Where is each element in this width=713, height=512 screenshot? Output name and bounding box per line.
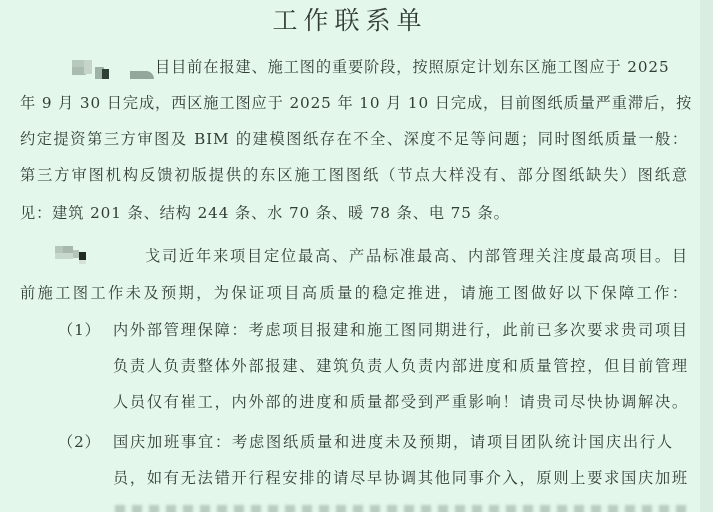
item-1-line-1: 内外部管理保障：考虑项目报建和施工图同期进行，此前已多次要求贵司项目	[113, 320, 688, 340]
paragraph-1-line-4: 第三方审图机构反馈初版提供的东区施工图图纸（节点大样没有、部分图纸缺失）图纸意	[20, 165, 688, 185]
redacted-name-1	[70, 57, 155, 79]
redacted-name-2	[55, 243, 95, 265]
paragraph-2-line-2: 前施工图工作未及预期，为保证项目高质量的稳定推进，请施工图做好以下保障工作：	[20, 283, 688, 303]
page-edge	[700, 0, 713, 512]
item-2-line-2: 员，如有无法错开行程安排的请尽早协调其他同事介入，原则上要求国庆加班	[113, 468, 688, 488]
paragraph-2-line-1: 戈司近年来项目定位最高、产品标准最高、内部管理关注度最高项目。目	[145, 246, 688, 266]
document-title: 工作联系单	[0, 4, 700, 38]
paragraph-1-line-3: 约定提资第三方审图及 BIM 的建模图纸存在不全、深度不足等问题；同时图纸质量一…	[20, 129, 688, 149]
item-1-line-3: 人员仅有崔工，内外部的进度和质量都受到严重影响！请贵司尽快协调解决。	[113, 392, 688, 412]
paragraph-1-line-1: 目目前在报建、施工图的重要阶段，按照原定计划东区施工图应于 2025	[155, 57, 688, 77]
cut-off-text-line	[115, 505, 690, 512]
item-2-number: （2）	[58, 432, 101, 452]
document-page: 工作联系单 目目前在报建、施工图的重要阶段，按照原定计划东区施工图应于 2025…	[0, 0, 700, 512]
item-1-line-2: 负责人负责整体外部报建、建筑负责人负责内部进度和质量管控，但目前管理	[113, 356, 688, 376]
paragraph-1-line-5: 见：建筑 201 条、结构 244 条、水 70 条、暖 78 条、电 75 条…	[20, 203, 510, 223]
item-2-line-1: 国庆加班事宜：考虑图纸质量和进度未及预期，请项目团队统计国庆出行人	[113, 432, 673, 452]
paragraph-1-line-2: 年 9 月 30 日完成，西区施工图应于 2025 年 10 月 10 日完成，…	[20, 93, 688, 113]
item-1-number: （1）	[58, 320, 101, 340]
